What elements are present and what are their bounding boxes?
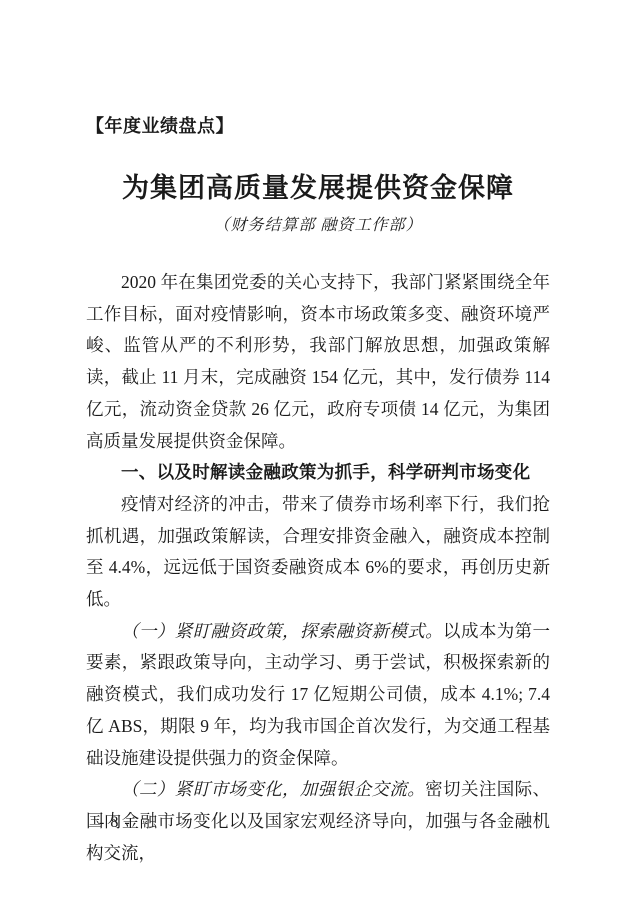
byline: （财务结算部 融资工作部）	[0, 212, 636, 235]
section-heading-1: 一、以及时解读金融政策为抓手，科学研判市场变化	[86, 457, 550, 489]
paragraph-intro: 2020 年在集团党委的关心支持下，我部门紧紧围绕全年工作目标，面对疫情影响，资…	[86, 267, 550, 457]
paragraph-item-1-lead: （一）紧盯融资政策，探索融资新模式。	[121, 621, 443, 641]
article-title: 为集团高质量发展提供资金保障	[0, 166, 636, 205]
paragraph-policy: 疫情对经济的冲击，带来了债券市场利率下行，我们抢抓机遇，加强政策解读，合理安排资…	[86, 489, 550, 616]
article-body: 2020 年在集团党委的关心支持下，我部门紧紧围绕全年工作目标，面对疫情影响，资…	[86, 267, 550, 869]
paragraph-item-1-rest: 以成本为第一要素，紧跟政策导向，主动学习、勇于尝试，积极探索新的融资模式，我们成…	[86, 621, 550, 768]
section-tag: 【年度业绩盘点】	[86, 112, 234, 138]
paragraph-item-1: （一）紧盯融资政策，探索融资新模式。以成本为第一要素，紧跟政策导向，主动学习、勇…	[86, 616, 550, 775]
page-number: - 8 -	[99, 814, 131, 832]
paragraph-item-2-lead: （二）紧盯市场变化，加强银企交流。	[121, 779, 425, 799]
document-page: 【年度业绩盘点】 为集团高质量发展提供资金保障 （财务结算部 融资工作部） 20…	[0, 0, 636, 900]
paragraph-item-2: （二）紧盯市场变化，加强银企交流。密切关注国际、国内金融市场变化以及国家宏观经济…	[86, 774, 550, 869]
